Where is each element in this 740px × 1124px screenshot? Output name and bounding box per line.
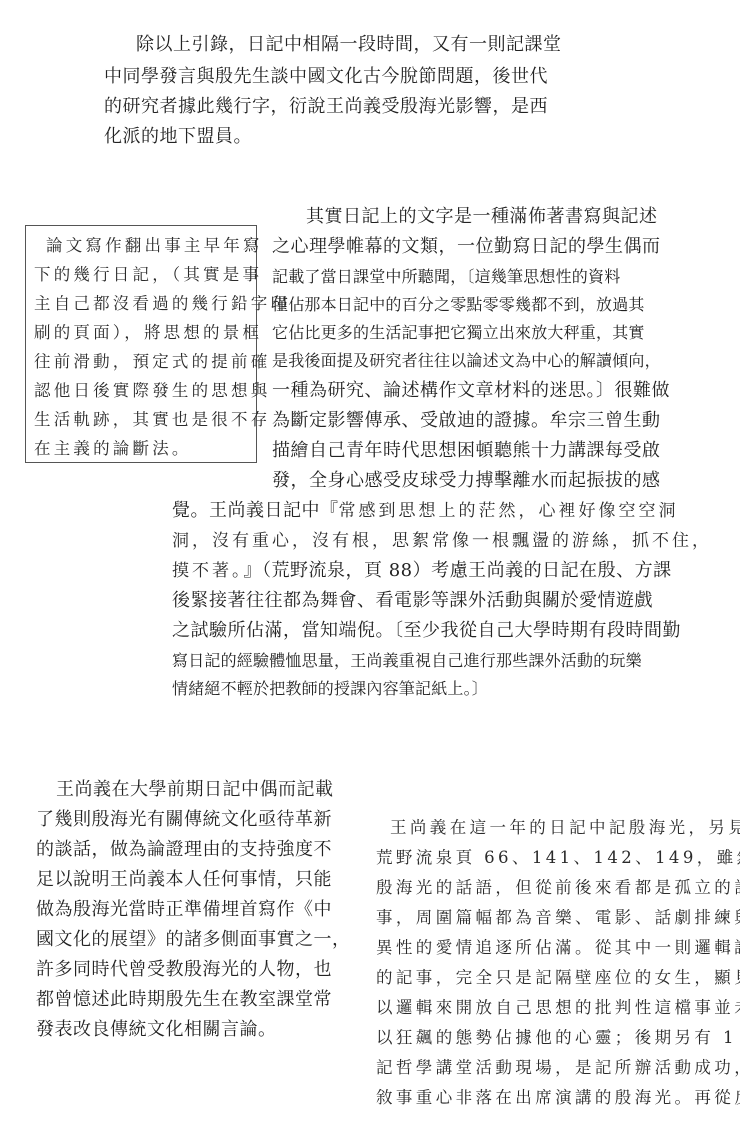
text-line: 在主義的論斷法。 [34, 438, 192, 460]
text-span: 覺。王尚義日記中『 [172, 500, 339, 521]
text-line: 以狂飆的態勢佔據他的心靈；後期另有 1 則 [376, 1027, 740, 1049]
text-span: 』（荒野流泉，頁 88）考慮王尚義的日記在殷、方課 [244, 560, 672, 581]
text-line: 主自己都沒看過的幾行鉛字印 [34, 293, 290, 315]
text-line: 除以上引錄，日記中相隔一段時間，又有一則記課堂 [136, 34, 562, 56]
text-line: 化派的地下盟員。 [104, 126, 252, 148]
text-line: 做為殷海光當時正準備埋首寫作《中 [36, 899, 332, 921]
text-line: 的談話，做為論證理由的支持強度不 [36, 839, 332, 861]
text-line: 荒野流泉頁 66、141、142、149，雖然記了 [376, 847, 740, 869]
text-line: 了幾則殷海光有關傳統文化亟待革新 [36, 809, 332, 831]
text-line: 國文化的展望》的諸多側面事實之一， [36, 929, 351, 951]
text-line: 之試驗所佔滿，當知端倪。〔至少我從自己大學時期有段時間勤 [172, 620, 681, 642]
text-line: 事，周圍篇幅都為音樂、電影、話劇排練與 [376, 907, 740, 929]
text-line: 認他日後實際發生的思想與 [34, 380, 270, 402]
text-line: 之心理學帷幕的文類，一位勤寫日記的學生偶而 [272, 236, 661, 258]
text-line: 王尚義在這一年的日記中記殷海光，另見 [390, 817, 740, 839]
text-line: 殷海光的話語，但從前後來看都是孤立的記 [376, 877, 740, 899]
annotation-box: 論文寫作翻出事主早年寫 下的幾行日記，（其實是事 主自己都沒看過的幾行鉛字印 刷… [25, 225, 257, 463]
text-line: 中同學發言與殷先生談中國文化古今脫節問題，後世代 [104, 66, 548, 88]
text-line: 寫日記的經驗體恤思量，王尚義重視自己進行那些課外活動的玩樂 [172, 650, 642, 672]
text-line: 異性的愛情追逐所佔滿。從其中一則邏輯課 [376, 937, 740, 959]
text-line: 情緒絕不輕於把教師的授課內容筆記紙上。〕 [172, 678, 488, 700]
quoted-diary-text: 洞，沒有重心，沒有根，思絮常像一根飄盪的游絲，抓不住， [172, 531, 712, 551]
text-line: 都曾憶述此時期殷先生在教室課堂常 [36, 989, 332, 1011]
text-line: 以邏輯來開放自己思想的批判性這檔事並未 [376, 997, 740, 1019]
quoted-diary-text: 常感到思想上的茫然，心裡好像空空洞 [339, 501, 679, 521]
text-line: 是我後面提及研究者往往以論述文為中心的解讀傾向， [272, 350, 661, 372]
text-line: 記載了當日課堂中所聽聞，〔這幾筆思想性的資料 [272, 266, 620, 288]
text-line: 足以說明王尚義本人任何事情，只能 [36, 869, 332, 891]
text-line: 洞，沒有重心，沒有根，思絮常像一根飄盪的游絲，抓不住， [172, 530, 712, 552]
text-line: 一種為研究、論述構作文章材料的迷思。〕很難做 [272, 380, 670, 402]
text-line: 往前滑動，預定式的提前確 [34, 351, 270, 373]
text-line: 許多同時代曾受教殷海光的人物，也 [36, 959, 332, 981]
text-line: 王尚義在大學前期日記中偶而記載 [56, 779, 334, 801]
quoted-diary-text: 摸不著。 [172, 561, 244, 581]
text-line: 的記事，完全只是記隔壁座位的女生，顯見 [376, 967, 740, 989]
text-line: 下的幾行日記，（其實是事 [34, 264, 262, 286]
text-line: 敘事重心非落在出席演講的殷海光。再從反 [376, 1087, 740, 1109]
text-line: 記哲學講堂活動現場，是記所辦活動成功， [376, 1057, 740, 1079]
text-line: 摸不著。』（荒野流泉，頁 88）考慮王尚義的日記在殷、方課 [172, 560, 672, 582]
text-line: 它佔比更多的生活記事把它獨立出來放大秤重，其實 [272, 322, 645, 344]
text-line: 發表改良傳統文化相關言論。 [36, 1019, 277, 1041]
text-line: 其實日記上的文字是一種滿佈著書寫與記述 [306, 206, 658, 228]
text-line: 刷的頁面），將思想的景框 [34, 322, 262, 344]
text-line: 後緊接著往往都為舞會、看電影等課外活動與關於愛情遊戲 [172, 590, 653, 612]
text-line: 覺。王尚義日記中『常感到思想上的茫然，心裡好像空空洞 [172, 500, 679, 522]
text-line: 描繪自己青年時代思想困頓聽熊十力講課每受啟 [272, 440, 661, 462]
text-line: 發，全身心感受皮球受力搏擊離水而起振拔的感 [272, 470, 661, 492]
text-line: 的研究者據此幾行字，衍說王尚義受殷海光影響，是西 [104, 96, 548, 118]
text-line: 論文寫作翻出事主早年寫 [46, 235, 263, 257]
text-line: 生活軌跡，其實也是很不存 [34, 409, 270, 431]
text-line: 為斷定影響傳承、受啟迪的證據。牟宗三曾生動 [272, 410, 661, 432]
text-line: 僅佔那本日記中的百分之零點零零幾都不到，放過其 [272, 294, 645, 316]
